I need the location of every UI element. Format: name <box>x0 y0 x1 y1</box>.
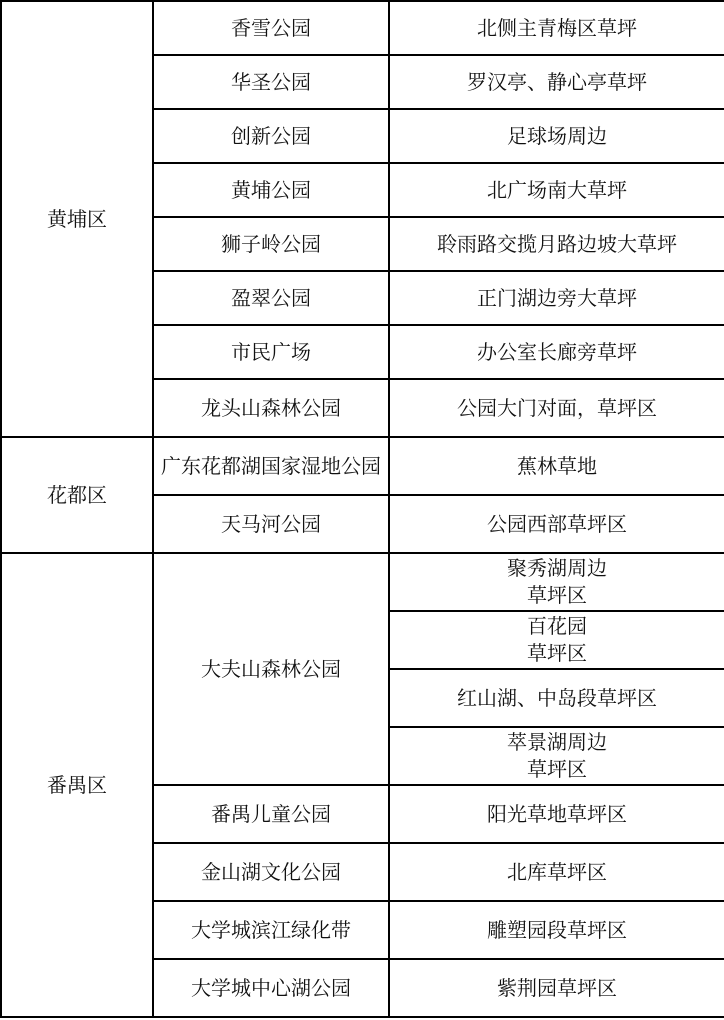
park-cell: 华圣公园 <box>153 55 389 109</box>
lawn-area-cell: 正门湖边旁大草坪 <box>389 271 724 325</box>
park-cell: 天马河公园 <box>153 495 389 553</box>
park-cell: 番禺儿童公园 <box>153 785 389 843</box>
park-cell: 市民广场 <box>153 325 389 379</box>
park-cell: 广东花都湖国家湿地公园 <box>153 437 389 495</box>
park-cell: 香雪公园 <box>153 1 389 55</box>
table-row: 花都区 广东花都湖国家湿地公园 蕉林草地 <box>1 437 724 495</box>
lawn-area-cell: 公园大门对面，草坪区 <box>389 379 724 437</box>
park-cell: 大学城中心湖公园 <box>153 959 389 1017</box>
lawn-area-cell: 聚秀湖周边 草坪区 <box>389 553 724 611</box>
lawn-area-cell: 雕塑园段草坪区 <box>389 901 724 959</box>
park-cell: 大夫山森林公园 <box>153 553 389 785</box>
park-cell: 大学城滨江绿化带 <box>153 901 389 959</box>
lawn-area-cell: 公园西部草坪区 <box>389 495 724 553</box>
lawn-area-cell: 紫荆园草坪区 <box>389 959 724 1017</box>
lawn-area-cell: 聆雨路交揽月路边坡大草坪 <box>389 217 724 271</box>
lawn-area-cell: 北库草坪区 <box>389 843 724 901</box>
lawn-area-cell: 红山湖、中岛段草坪区 <box>389 669 724 727</box>
district-cell: 黄埔区 <box>1 1 153 437</box>
park-cell: 龙头山森林公园 <box>153 379 389 437</box>
lawn-area-cell: 萃景湖周边 草坪区 <box>389 727 724 785</box>
table-row: 番禺区 大夫山森林公园 聚秀湖周边 草坪区 <box>1 553 724 611</box>
lawn-area-cell: 办公室长廊旁草坪 <box>389 325 724 379</box>
lawn-area-cell: 北侧主青梅区草坪 <box>389 1 724 55</box>
lawn-area-cell: 罗汉亭、静心亭草坪 <box>389 55 724 109</box>
lawn-area-cell: 足球场周边 <box>389 109 724 163</box>
lawn-area-cell: 阳光草地草坪区 <box>389 785 724 843</box>
district-cell: 花都区 <box>1 437 153 553</box>
lawn-area-cell: 北广场南大草坪 <box>389 163 724 217</box>
park-cell: 黄埔公园 <box>153 163 389 217</box>
park-cell: 创新公园 <box>153 109 389 163</box>
district-cell: 番禺区 <box>1 553 153 1017</box>
park-cell: 狮子岭公园 <box>153 217 389 271</box>
park-cell: 金山湖文化公园 <box>153 843 389 901</box>
park-lawn-table: 黄埔区 香雪公园 北侧主青梅区草坪 华圣公园 罗汉亭、静心亭草坪 创新公园 足球… <box>0 0 724 1018</box>
park-cell: 盈翠公园 <box>153 271 389 325</box>
lawn-area-cell: 蕉林草地 <box>389 437 724 495</box>
table-row: 黄埔区 香雪公园 北侧主青梅区草坪 <box>1 1 724 55</box>
lawn-area-cell: 百花园 草坪区 <box>389 611 724 669</box>
